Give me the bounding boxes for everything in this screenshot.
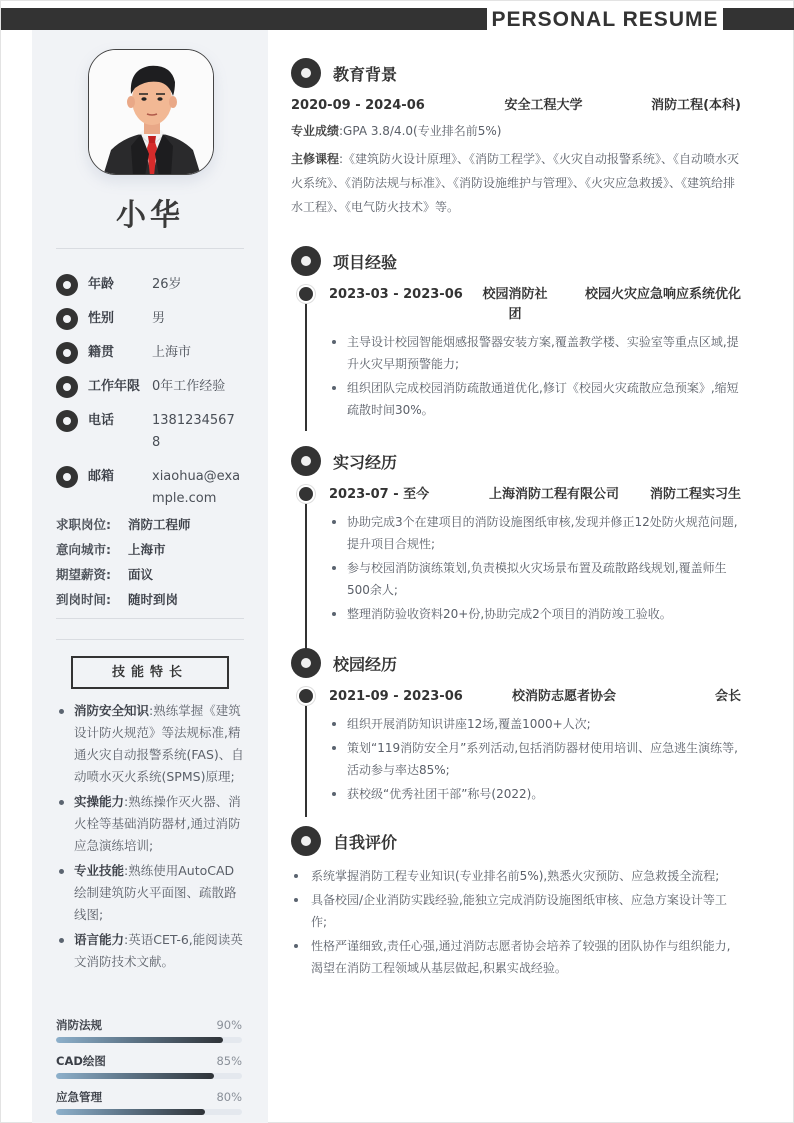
section-ring-icon [291,246,321,276]
info-label: 年龄 [78,274,152,296]
job-row-salary: 期望薪资: 面议 [56,562,256,587]
entry-header: 2021-09 - 2023-06 校消防志愿者协会 会长 [329,687,741,707]
section-campus: 校园经历 2021-09 - 2023-06 校消防志愿者协会 会长 组织开展消… [291,647,741,805]
timeline-entry: 2021-09 - 2023-06 校消防志愿者协会 会长 组织开展消防知识讲座… [291,687,741,805]
timeline-entry: 2023-07 - 至今 上海消防工程有限公司 消防工程实习生 协助完成3个在建… [291,485,741,625]
info-label: 邮箱 [78,466,152,488]
bullet-item: 主导设计校园智能烟感报警器安装方案,覆盖教学楼、实验室等重点区域,提升火灾早期预… [329,331,741,375]
section-header: 校园经历 [291,647,741,679]
info-value: 上海市 [152,342,242,364]
sidebar-divider [56,248,244,249]
courses-text: :《建筑防火设计原理》、《消防工程学》、《火灾自动报警系统》、《自动喷水灭火系统… [291,152,739,214]
education-major: 消防工程(本科) [621,97,741,115]
ring-icon [56,376,78,398]
section-self-evaluation: 自我评价 系统掌握消防工程专业知识(专业排名前5%),熟悉火灾预防、应急救援全流… [291,825,741,979]
timeline-entry: 2023-03 - 2023-06 校园消防社团 校园火灾应急响应系统优化 主导… [291,285,741,421]
section-header: 自我评价 [291,825,741,857]
skill-head: 语言能力 [74,932,124,947]
job-label: 期望薪资: [56,562,128,587]
info-label: 性别 [78,308,152,330]
info-row-age: 年龄 26岁 [56,274,256,296]
job-value: 面议 [128,562,153,587]
info-value: 0年工作经验 [152,376,242,398]
info-row-gender: 性别 男 [56,308,256,330]
job-label: 求职岗位: [56,512,128,537]
skill-bars: 消防法规90% CAD绘图85% 应急管理80% [56,1016,242,1123]
info-value: 男 [152,308,242,330]
courses-label: 主修课程 [291,152,339,166]
bar-track [56,1037,242,1043]
section-header: 教育背景 [291,57,741,89]
entry-date: 2021-09 - 2023-06 [329,687,504,707]
skill-bar-cad: CAD绘图85% [56,1052,242,1079]
job-label: 意向城市: [56,537,128,562]
sidebar-divider [56,639,244,640]
education-row: 2020-09 - 2024-06 安全工程大学 消防工程(本科) [291,97,741,115]
bar-name: CAD绘图 [56,1052,106,1070]
bar-track [56,1073,242,1079]
info-value: 26岁 [152,274,242,296]
info-label: 籍贯 [78,342,152,364]
personal-info-list: 年龄 26岁 性别 男 籍贯 上海市 工作年限 0年工作经验 电话 13 [56,274,256,522]
candidate-name: 小华 [32,190,268,234]
job-intent-list: 求职岗位: 消防工程师 意向城市: 上海市 期望薪资: 面议 到岗时间: 随时到… [56,512,256,612]
section-ring-icon [291,58,321,88]
bullet-item: 参与校园消防演练策划,负责模拟火灾场景布置及疏散路线规划,覆盖师生500余人; [329,557,741,601]
timeline-dot-icon [299,487,313,501]
timeline-dot-icon [299,287,313,301]
skill-bar-emergency: 应急管理80% [56,1088,242,1115]
education-courses: 主修课程:《建筑防火设计原理》、《消防工程学》、《火灾自动报警系统》、《自动喷水… [291,147,741,219]
sidebar-divider [56,618,244,619]
section-title: 教育背景 [333,62,397,85]
bullet-item: 获校级“优秀社团干部”称号(2022)。 [329,783,741,805]
email-value[interactable]: xiaohua@example.com [152,466,242,510]
section-ring-icon [291,446,321,476]
section-education: 教育背景 2020-09 - 2024-06 安全工程大学 消防工程(本科) 专… [291,57,741,219]
self-eval-bullets: 系统掌握消防工程专业知识(专业排名前5%),熟悉火灾预防、应急救援全流程; 具备… [291,865,741,979]
education-school: 安全工程大学 [466,97,621,115]
entry-role: 会长 [624,687,741,707]
skill-head: 消防安全知识 [74,703,149,718]
entry-org: 上海消防工程有限公司 [489,485,619,505]
avatar [88,49,214,175]
ring-icon [56,342,78,364]
job-row-city: 意向城市: 上海市 [56,537,256,562]
bar-track [56,1109,242,1115]
sidebar: 小华 年龄 26岁 性别 男 籍贯 上海市 工作年限 0年工作经验 [32,30,268,1123]
job-value: 随时到岗 [128,587,178,612]
header-bar-left [1,8,487,30]
timeline-line [305,695,307,817]
section-title: 自我评价 [333,830,397,853]
header-title: PERSONAL RESUME [489,5,721,33]
bar-fill [56,1037,223,1043]
skills-list: 消防安全知识:熟练掌握《建筑设计防火规范》等法规标准,精通火灾自动报警系统(FA… [56,700,246,976]
bullet-item: 整理消防验收资料20+份,协助完成2个项目的消防竣工验收。 [329,603,741,625]
section-title: 校园经历 [333,652,397,675]
skill-item: 专业技能:熟练使用AutoCAD绘制建筑防火平面图、疏散路线图; [56,860,246,926]
entry-date: 2023-03 - 2023-06 [329,285,479,325]
job-label: 到岗时间: [56,587,128,612]
resume-page: PERSONAL RESUME [0,0,794,1123]
section-title: 实习经历 [333,450,397,473]
entry-date: 2023-07 - 至今 [329,485,489,505]
entry-role: 消防工程实习生 [619,485,741,505]
entry-bullets: 主导设计校园智能烟感报警器安装方案,覆盖教学楼、实验室等重点区域,提升火灾早期预… [329,331,741,421]
entry-header: 2023-03 - 2023-06 校园消防社团 校园火灾应急响应系统优化 [329,285,741,325]
entry-bullets: 组织开展消防知识讲座12场,覆盖1000+人次; 策划“119消防安全月”系列活… [329,713,741,805]
bullet-item: 组织开展消防知识讲座12场,覆盖1000+人次; [329,713,741,735]
entry-org: 校园消防社团 [479,285,551,325]
main-content: 教育背景 2020-09 - 2024-06 安全工程大学 消防工程(本科) 专… [291,57,741,981]
bar-percent: 85% [216,1052,242,1070]
info-label: 电话 [78,410,152,432]
skill-head: 实操能力 [74,794,124,809]
ring-icon [56,466,78,488]
info-row-experience: 工作年限 0年工作经验 [56,376,256,398]
skill-item: 实操能力:熟练操作灭火器、消火栓等基础消防器材,通过消防应急演练培训; [56,791,246,857]
skill-bar-regulations: 消防法规90% [56,1016,242,1043]
skill-item: 消防安全知识:熟练掌握《建筑设计防火规范》等法规标准,精通火灾自动报警系统(FA… [56,700,246,788]
job-value: 上海市 [128,537,166,562]
bar-percent: 80% [216,1088,242,1106]
skills-heading: 技能特长 [71,656,229,689]
timeline-line [305,493,307,661]
section-header: 实习经历 [291,445,741,477]
entry-header: 2023-07 - 至今 上海消防工程有限公司 消防工程实习生 [329,485,741,505]
bar-name: 消防法规 [56,1016,102,1034]
education-gpa: 专业成绩:GPA 3.8/4.0(专业排名前5%) [291,119,741,143]
header-bar-right [723,8,794,30]
bullet-item: 组织团队完成校园消防疏散通道优化,修订《校园火灾疏散应急预案》,缩短疏散时间30… [329,377,741,421]
job-row-position: 求职岗位: 消防工程师 [56,512,256,537]
job-row-start: 到岗时间: 随时到岗 [56,587,256,612]
section-projects: 项目经验 2023-03 - 2023-06 校园消防社团 校园火灾应急响应系统… [291,245,741,421]
ring-icon [56,274,78,296]
entry-role: 校园火灾应急响应系统优化 [551,285,741,325]
section-ring-icon [291,826,321,856]
skill-head: 专业技能 [74,863,124,878]
education-date: 2020-09 - 2024-06 [291,97,466,115]
bar-percent: 90% [216,1016,242,1034]
info-row-phone: 电话 13812345678 [56,410,256,454]
avatar-portrait-icon [89,50,214,175]
timeline-dot-icon [299,689,313,703]
entry-org: 校消防志愿者协会 [504,687,624,707]
bullet-item: 具备校园/企业消防实践经验,能独立完成消防设施图纸审核、应急方案设计等工作; [291,889,741,933]
section-title: 项目经验 [333,250,397,273]
info-row-email: 邮箱 xiaohua@example.com [56,466,256,510]
bullet-item: 策划“119消防安全月”系列活动,包括消防器材使用培训、应急逃生演练等,活动参与… [329,737,741,781]
bar-fill [56,1073,214,1079]
bar-fill [56,1109,205,1115]
info-label: 工作年限 [78,376,152,398]
ring-icon [56,410,78,432]
bullet-item: 协助完成3个在建项目的消防设施图纸审核,发现并修正12处防火规范问题,提升项目合… [329,511,741,555]
bullet-item: 系统掌握消防工程专业知识(专业排名前5%),熟悉火灾预防、应急救援全流程; [291,865,741,887]
gpa-label: 专业成绩 [291,124,339,138]
skill-item: 语言能力:英语CET-6,能阅读英文消防技术文献。 [56,929,246,973]
gpa-text: :GPA 3.8/4.0(专业排名前5%) [339,124,501,138]
section-internships: 实习经历 2023-07 - 至今 上海消防工程有限公司 消防工程实习生 协助完… [291,445,741,625]
section-header: 项目经验 [291,245,741,277]
section-ring-icon [291,648,321,678]
timeline-line [305,293,307,431]
phone-value[interactable]: 13812345678 [152,410,242,454]
bar-name: 应急管理 [56,1088,102,1106]
job-value: 消防工程师 [128,512,191,537]
info-row-hometown: 籍贯 上海市 [56,342,256,364]
bullet-item: 性格严谨细致,责任心强,通过消防志愿者协会培养了较强的团队协作与组织能力,渴望在… [291,935,741,979]
ring-icon [56,308,78,330]
entry-bullets: 协助完成3个在建项目的消防设施图纸审核,发现并修正12处防火规范问题,提升项目合… [329,511,741,625]
